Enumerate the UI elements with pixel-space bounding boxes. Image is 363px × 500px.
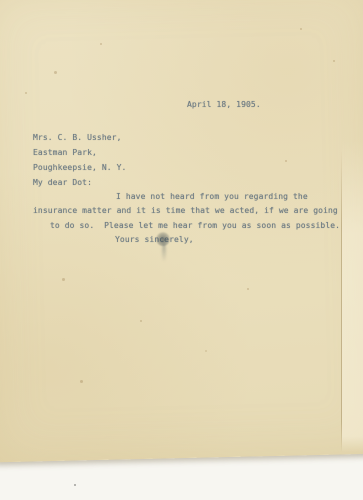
recipient-address-2: Poughkeepsie, N. Y. bbox=[33, 163, 126, 173]
typewritten-text-layer: April 18, 1905. Mrs. C. B. Ussher, Eastm… bbox=[0, 0, 363, 500]
body-line: I have not heard from you regarding the bbox=[116, 192, 308, 202]
recipient-address-1: Eastman Park, bbox=[33, 148, 97, 158]
body-line: insurance matter and it is time that we … bbox=[33, 206, 338, 216]
closing: Yours sincerely, bbox=[115, 235, 194, 245]
salutation: My dear Dot: bbox=[33, 178, 92, 188]
letter-date: April 18, 1905. bbox=[187, 100, 261, 110]
recipient-name: Mrs. C. B. Ussher, bbox=[33, 133, 122, 143]
ink-smudge-tail bbox=[162, 244, 166, 262]
scanned-letter-page: April 18, 1905. Mrs. C. B. Ussher, Eastm… bbox=[0, 0, 363, 500]
body-line: to do so. Please let me hear from you as… bbox=[50, 221, 340, 231]
